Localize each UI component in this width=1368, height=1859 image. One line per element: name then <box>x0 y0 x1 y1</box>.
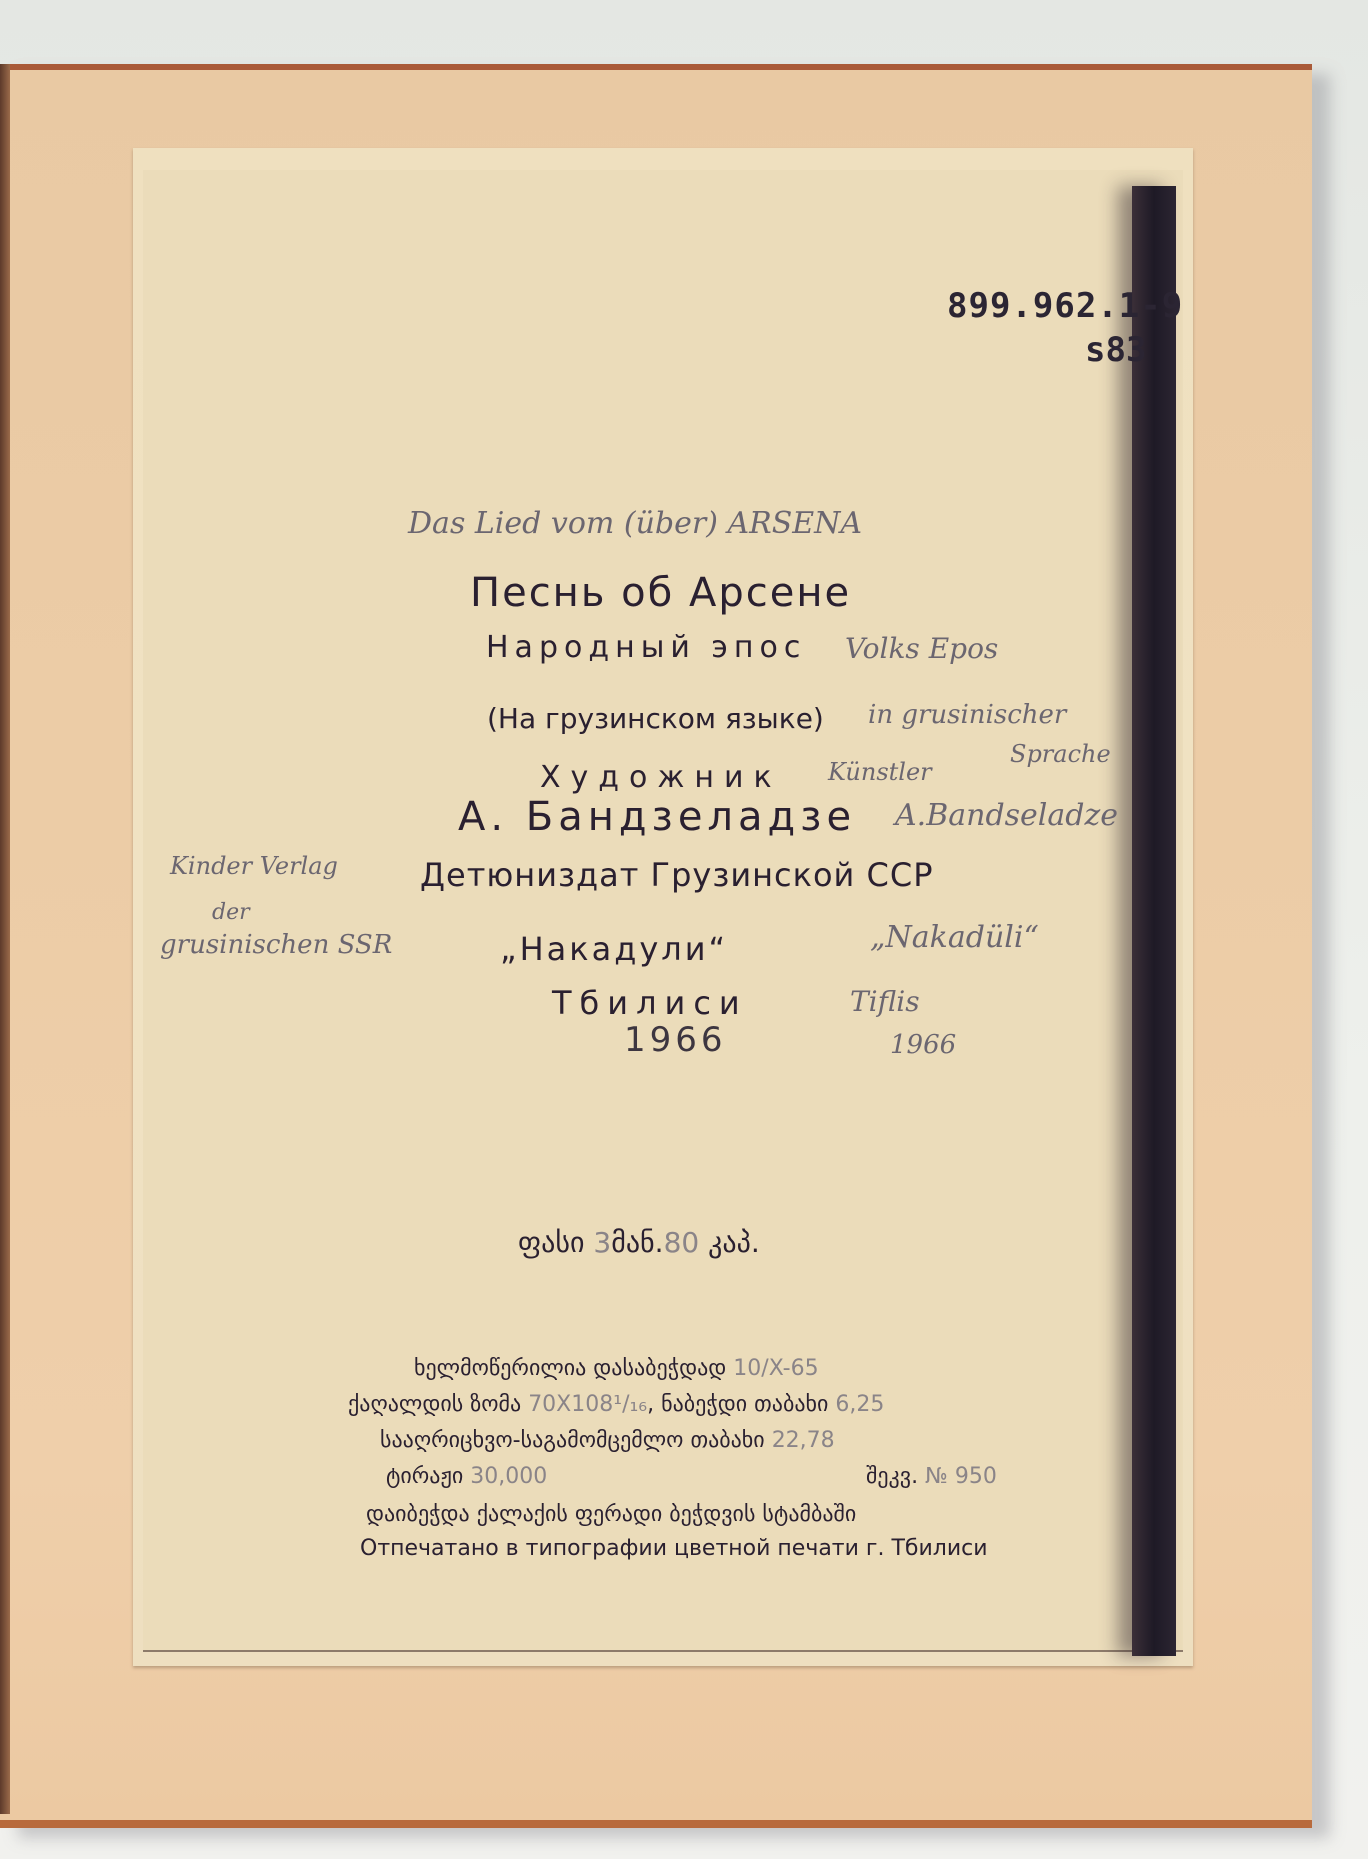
price-rub-unit: მან. <box>611 1226 663 1259</box>
colophon-order: შეკვ. № 950 <box>866 1464 997 1489</box>
annotation-language-2: Sprache <box>1010 740 1111 768</box>
artist-label: Художник <box>540 760 782 795</box>
annotation-publisher-3: grusinischen SSR <box>160 930 392 960</box>
colophon-printer-ka: დაიბეჭდა ქალაქის ფერადი ბეჭდვის სტამბაში <box>366 1502 856 1527</box>
annotation-publisher-2: der <box>212 900 250 925</box>
signed-value: 10/X-65 <box>733 1356 818 1381</box>
print-run-value: 30,000 <box>470 1464 547 1489</box>
price-line: ფასი 3მან.80 კაპ. <box>518 1226 760 1259</box>
sheets-value: 6,25 <box>835 1392 884 1417</box>
book-spine-edge <box>0 64 10 1814</box>
book-subtitle: Народный эпос <box>486 630 806 665</box>
call-number-line2: s83 <box>1085 330 1146 370</box>
publisher: Детюниздат Грузинской ССР <box>420 856 934 894</box>
paper-label: ქაღალდის ზომა <box>348 1392 521 1417</box>
colophon-signed: ხელმოწერილია დასაბეჭდად 10/X-65 <box>414 1356 819 1381</box>
paper-value: 70X108¹/₁₆ <box>528 1392 647 1417</box>
annotation-publisher: Kinder Verlag <box>170 852 338 880</box>
colophon-paper: ქაღალდის ზომა 70X108¹/₁₆, ნაბეჭდი თაბახი… <box>348 1392 884 1417</box>
artist-name: А. Бандзеладзе <box>458 794 856 840</box>
price-rubles: 3 <box>593 1226 611 1259</box>
call-number-line1: 899.962.1-9 <box>947 286 1183 326</box>
signed-label: ხელმოწერილია დასაბეჭდად <box>414 1356 726 1381</box>
annotation-year: 1966 <box>890 1030 956 1060</box>
publ-sheets-label: სააღრიცხვო-საგამომცემლო თაბახი <box>380 1428 765 1453</box>
language-note: (На грузинском языке) <box>487 702 824 735</box>
sheets-label: ნაბეჭდი თაბახი <box>661 1392 828 1417</box>
imprint: „Накадули“ <box>500 930 728 968</box>
annotation-imprint: „Nakadüli“ <box>870 920 1039 955</box>
order-value: № 950 <box>925 1464 997 1489</box>
annotation-language: in grusinischer <box>868 700 1066 730</box>
price-kopecks: 80 <box>664 1226 700 1259</box>
annotation-subtitle: Volks Epos <box>845 632 998 665</box>
book-title: Песнь об Арсене <box>470 570 851 616</box>
city: Тбилиси <box>552 984 748 1022</box>
annotation-artist: A.Bandseladze <box>895 798 1118 833</box>
year: 1966 <box>624 1020 727 1060</box>
annotation-title: Das Lied vom (über) ARSENA <box>408 506 862 541</box>
price-label: ფასი <box>518 1226 584 1259</box>
colophon-publ-sheets: სააღრიცხვო-საგამომცემლო თაბახი 22,78 <box>380 1428 835 1453</box>
print-run-label: ტირაჟი <box>386 1464 463 1489</box>
order-label: შეკვ. <box>866 1464 918 1489</box>
price-kop-unit: კაპ. <box>708 1226 760 1259</box>
publ-sheets-value: 22,78 <box>772 1428 835 1453</box>
annotation-city: Tiflis <box>850 985 920 1018</box>
annotation-artist-label: Künstler <box>828 758 932 786</box>
colophon-printer-ru: Отпечатано в типографии цветной печати г… <box>360 1536 988 1561</box>
scan-shadow-strip <box>1132 186 1176 1656</box>
colophon-print-run: ტირაჟი 30,000 <box>386 1464 547 1489</box>
